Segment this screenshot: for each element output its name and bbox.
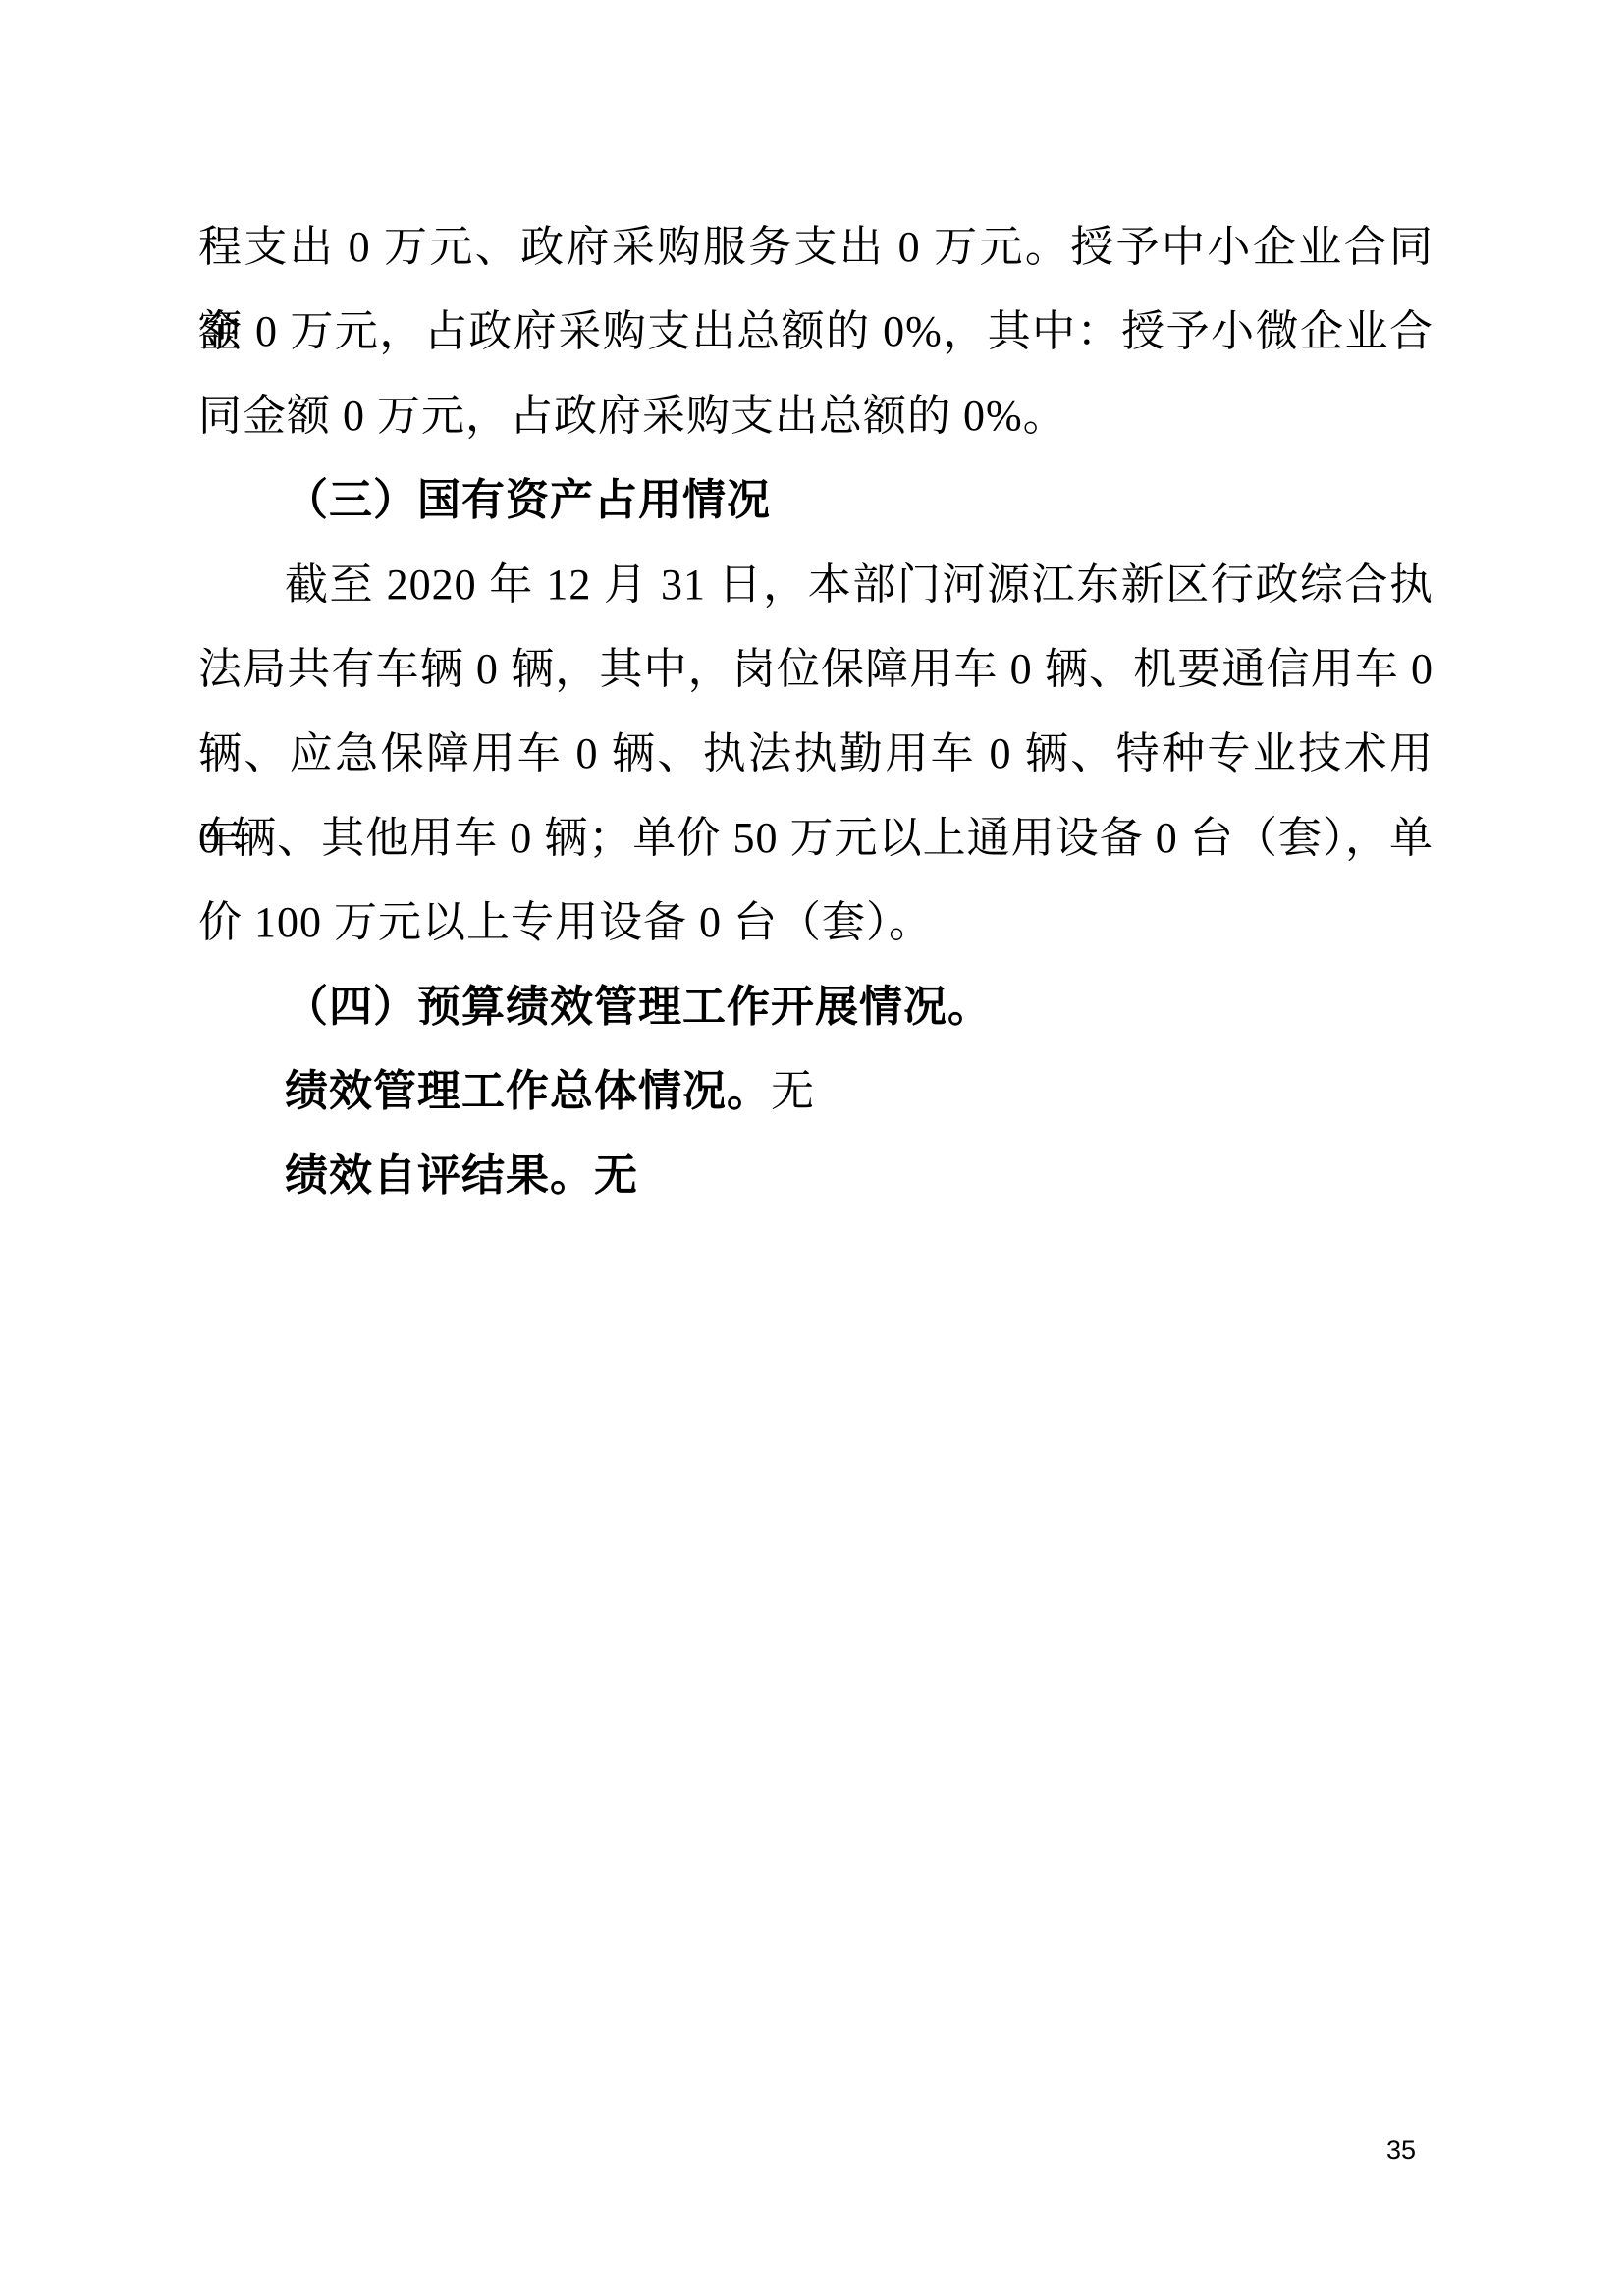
- text-line: 绩效自评结果。无: [198, 1134, 1434, 1218]
- document-page: 程支出 0 万元、政府采购服务支出 0 万元。授予中小企业合同金额 0 万元，占…: [0, 0, 1624, 2296]
- text-line: 辆、应急保障用车 0 辆、执法执勤用车 0 辆、特种专业技术用车: [198, 712, 1434, 796]
- text-segment: 同金额 0 万元，占政府采购支出总额的 0%。: [198, 392, 1067, 440]
- text-segment: 0 辆、其他用车 0 辆；单价 50 万元以上通用设备 0 台（套），单: [198, 814, 1434, 862]
- text-line: 价 100 万元以上专用设备 0 台（套）。: [198, 881, 1434, 965]
- text-line: 截至 2020 年 12 月 31 日，本部门河源江东新区行政综合执: [198, 543, 1434, 627]
- page-number: 35: [1386, 2136, 1416, 2165]
- text-segment: 绩效自评结果。无: [285, 1151, 638, 1200]
- text-line: 程支出 0 万元、政府采购服务支出 0 万元。授予中小企业合同金: [198, 205, 1434, 290]
- text-line: 法局共有车辆 0 辆，其中，岗位保障用车 0 辆、机要通信用车 0: [198, 627, 1434, 712]
- text-segment: （四）预算绩效管理工作开展情况。: [285, 983, 992, 1031]
- text-segment: 价 100 万元以上专用设备 0 台（套）。: [198, 898, 933, 946]
- text-segment: 法局共有车辆 0 辆，其中，岗位保障用车 0 辆、机要通信用车 0: [198, 645, 1434, 693]
- document-body: 程支出 0 万元、政府采购服务支出 0 万元。授予中小企业合同金额 0 万元，占…: [198, 205, 1434, 1218]
- text-line: （四）预算绩效管理工作开展情况。: [198, 965, 1434, 1049]
- text-line: （三）国有资产占用情况: [198, 458, 1434, 543]
- text-segment: 截至 2020 年 12 月 31 日，本部门河源江东新区行政综合执: [285, 561, 1434, 609]
- text-segment: 绩效管理工作总体情况。: [285, 1067, 771, 1115]
- text-line: 额 0 万元，占政府采购支出总额的 0%，其中：授予小微企业合: [198, 290, 1434, 374]
- text-segment: 额 0 万元，占政府采购支出总额的 0%，其中：授予小微企业合: [198, 307, 1434, 355]
- text-segment: （三）国有资产占用情况: [285, 476, 771, 524]
- text-segment: 无: [771, 1067, 815, 1115]
- text-line: 同金额 0 万元，占政府采购支出总额的 0%。: [198, 374, 1434, 458]
- text-line: 绩效管理工作总体情况。无: [198, 1049, 1434, 1134]
- text-line: 0 辆、其他用车 0 辆；单价 50 万元以上通用设备 0 台（套），单: [198, 796, 1434, 881]
